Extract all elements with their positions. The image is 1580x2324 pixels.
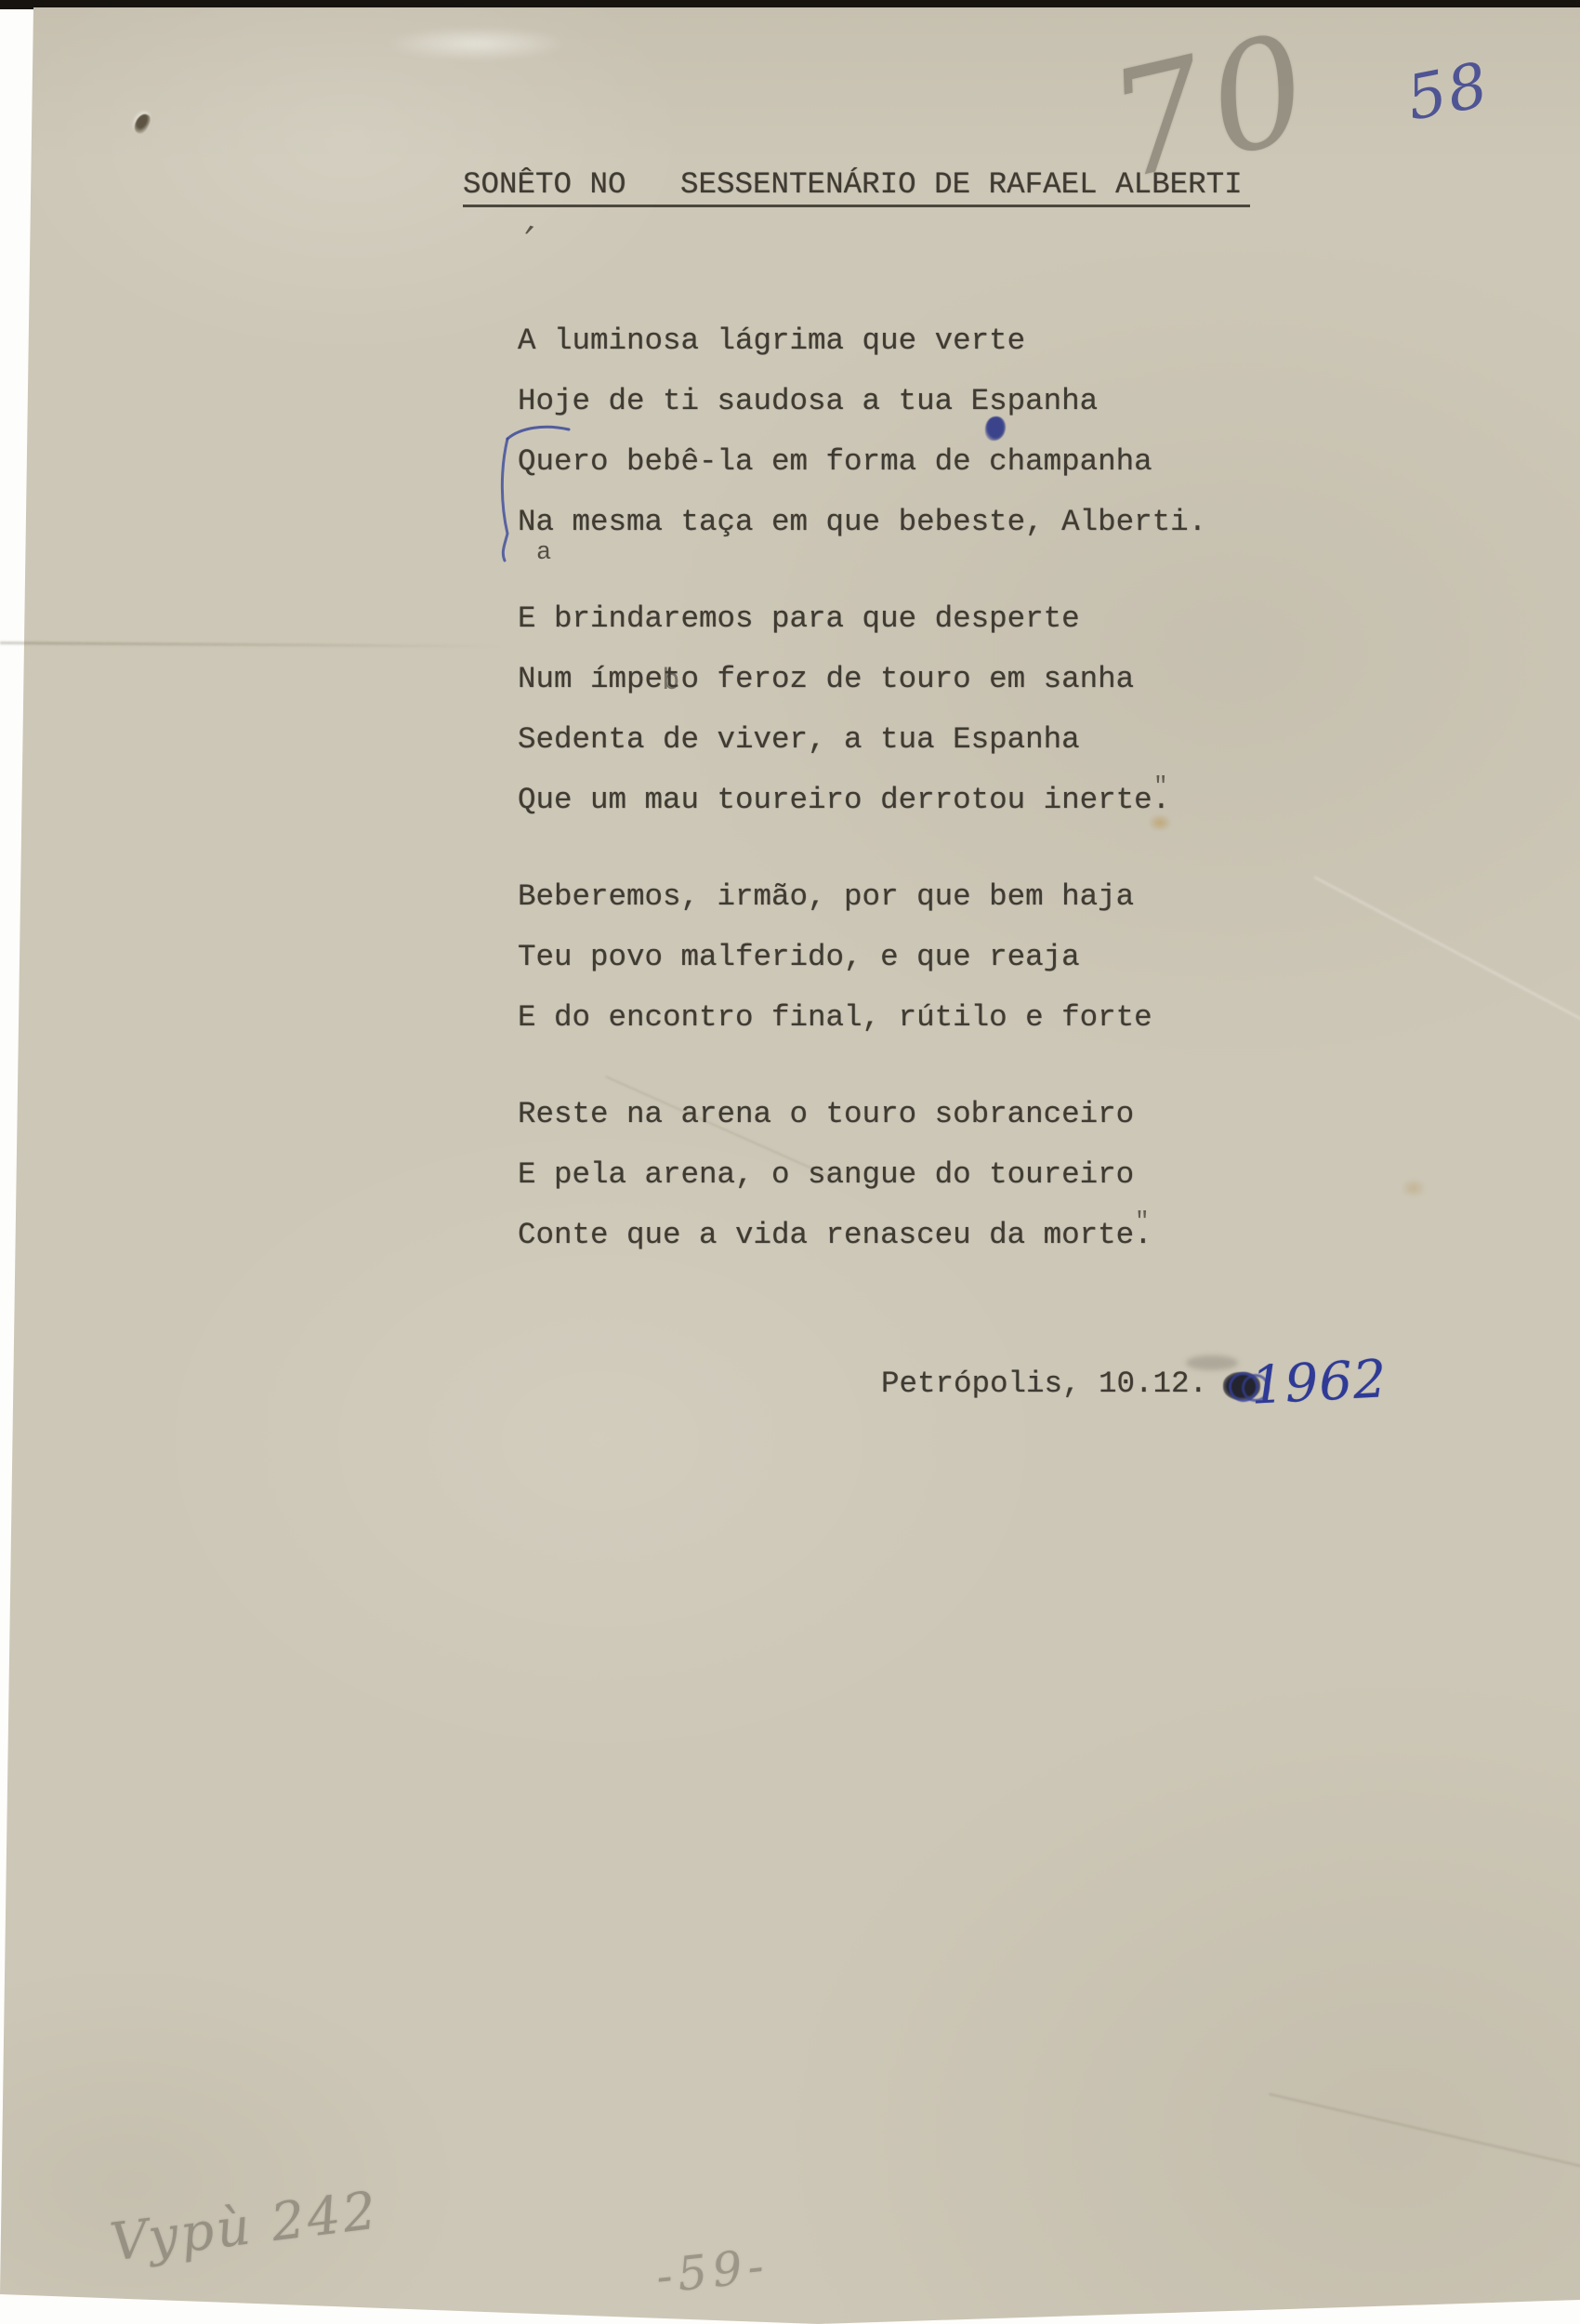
poem-line: Hoje de ti saudosa a tua Espanha: [518, 371, 1206, 431]
overstruck-letter: b: [662, 664, 680, 698]
poem-line: Sedenta de viver, a tua Espanha: [518, 709, 1206, 770]
handwritten-number-70: 70: [1098, 13, 1327, 202]
poem-line: Conte que a vida renasceu da morte.: [518, 1205, 1206, 1265]
stanza: Beberemos, irmão, por que bem hajaTeu po…: [518, 866, 1206, 1048]
stanza: E brindaremos para que desperteNum ímpet…: [518, 588, 1206, 830]
poem-line: E do encontro final, rútilo e forte: [518, 987, 1206, 1048]
stray-comma-mark: ,: [520, 206, 546, 242]
fold-crease: [0, 641, 502, 648]
dateline: Petrópolis, 10.12.: [881, 1353, 1207, 1414]
handwritten-year-1962: 1962: [1250, 1353, 1389, 1413]
poem-line: E pela arena, o sangue do toureiro: [518, 1144, 1206, 1205]
staple-hole-mark: [132, 112, 152, 136]
handwritten-number-58: 58: [1402, 54, 1494, 130]
stanza: Reste na arena o touro sobranceiroE pela…: [518, 1084, 1206, 1265]
poem-line: Que um mau toureiro derrotou inerte.: [518, 770, 1206, 830]
page-content: SONÊTO NO SESSENTENÁRIO DE RAFAEL ALBERT…: [0, 0, 1580, 2324]
overstruck-period-mark: ": [1135, 1208, 1150, 1235]
gray-smudge: [1186, 1355, 1238, 1370]
corner-crease: [1269, 2093, 1580, 2185]
poem-line: E brindaremos para que desperte: [518, 588, 1206, 649]
poem-line: Teu povo malferido, e que reaja: [518, 927, 1206, 987]
poem-line: Reste na arena o touro sobranceiro: [518, 1084, 1206, 1144]
poem-line: Num ímpeto feroz de touro em sanha: [518, 649, 1206, 709]
overstruck-period-mark: ": [1153, 772, 1168, 800]
light-crease: [1314, 877, 1580, 1023]
yellow-stain-small: [1402, 1179, 1426, 1197]
poem: A luminosa lágrima que verteHoje de ti s…: [518, 310, 1206, 1301]
light-scuff: [388, 28, 565, 59]
poem-line: Beberemos, irmão, por que bem haja: [518, 866, 1206, 927]
poem-line: Quero bebê-la em forma de champanha: [518, 431, 1206, 492]
document-scan: SONÊTO NO SESSENTENÁRIO DE RAFAEL ALBERT…: [0, 0, 1580, 2324]
handwritten-scribble-242: Vypù 242: [108, 2185, 382, 2270]
stanza: A luminosa lágrima que verteHoje de ti s…: [518, 310, 1206, 552]
handwritten-page-number: -59-: [654, 2242, 771, 2300]
poem-line: Na mesma taça em que bebeste, Alberti.: [518, 492, 1206, 552]
poem-line: A luminosa lágrima que verte: [518, 310, 1206, 371]
pen-stroke-on-q: [487, 416, 599, 574]
